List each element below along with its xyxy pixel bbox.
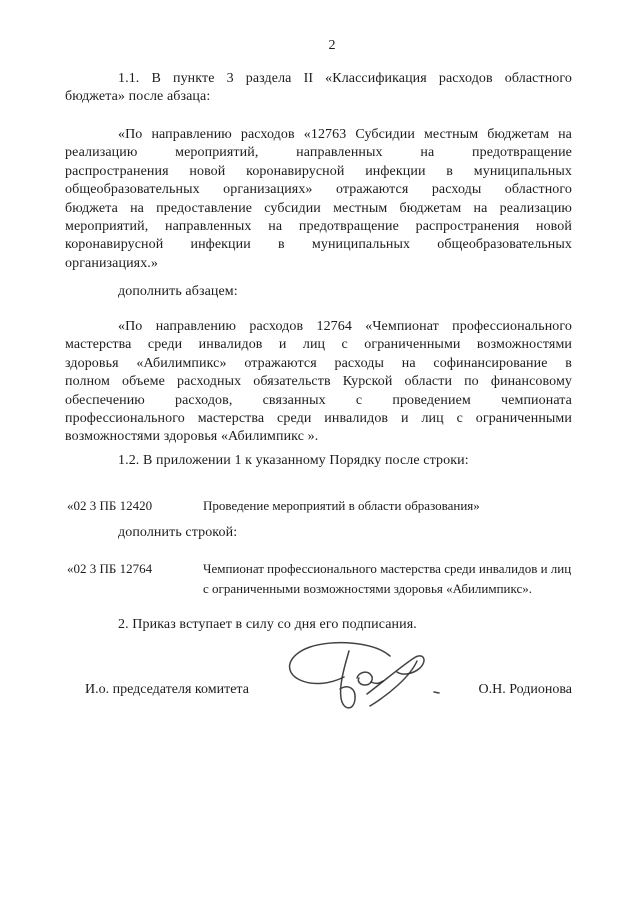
row-code: «02 3 ПБ 12420 (67, 496, 203, 516)
classification-row-12420: «02 3 ПБ 12420 Проведение мероприятий в … (67, 496, 572, 516)
signer-position-title: И.о. председателя комитета (65, 682, 249, 698)
row-code: «02 3 ПБ 12764 (67, 559, 203, 599)
supplement-paragraph-line: дополнить абзацем: (65, 283, 572, 301)
document-page: 2 1.1. В пункте 3 раздела II «Классифика… (0, 0, 640, 905)
signer-name: О.Н. Родионова (478, 682, 572, 698)
row-description: Проведение мероприятий в области образов… (203, 496, 603, 516)
page-number: 2 (0, 38, 640, 54)
paragraph-2: 2. Приказ вступает в силу со дня его под… (65, 616, 572, 634)
supplement-row-line: дополнить строкой: (65, 524, 572, 542)
signature-block: И.о. председателя комитета О.Н. Родионов… (65, 682, 572, 698)
paragraph-1-1: 1.1. В пункте 3 раздела II «Классификаци… (65, 70, 572, 107)
quoted-paragraph-12764: «По направлению расходов 12764 «Чемпиона… (65, 318, 572, 447)
quoted-paragraph-12763: «По направлению расходов «12763 Субсидии… (65, 126, 572, 273)
paragraph-1-2: 1.2. В приложении 1 к указанному Порядку… (65, 452, 572, 470)
row-description: Чемпионат профессионального мастерства с… (203, 559, 603, 599)
classification-row-12764: «02 3 ПБ 12764 Чемпионат профессионально… (67, 559, 572, 599)
